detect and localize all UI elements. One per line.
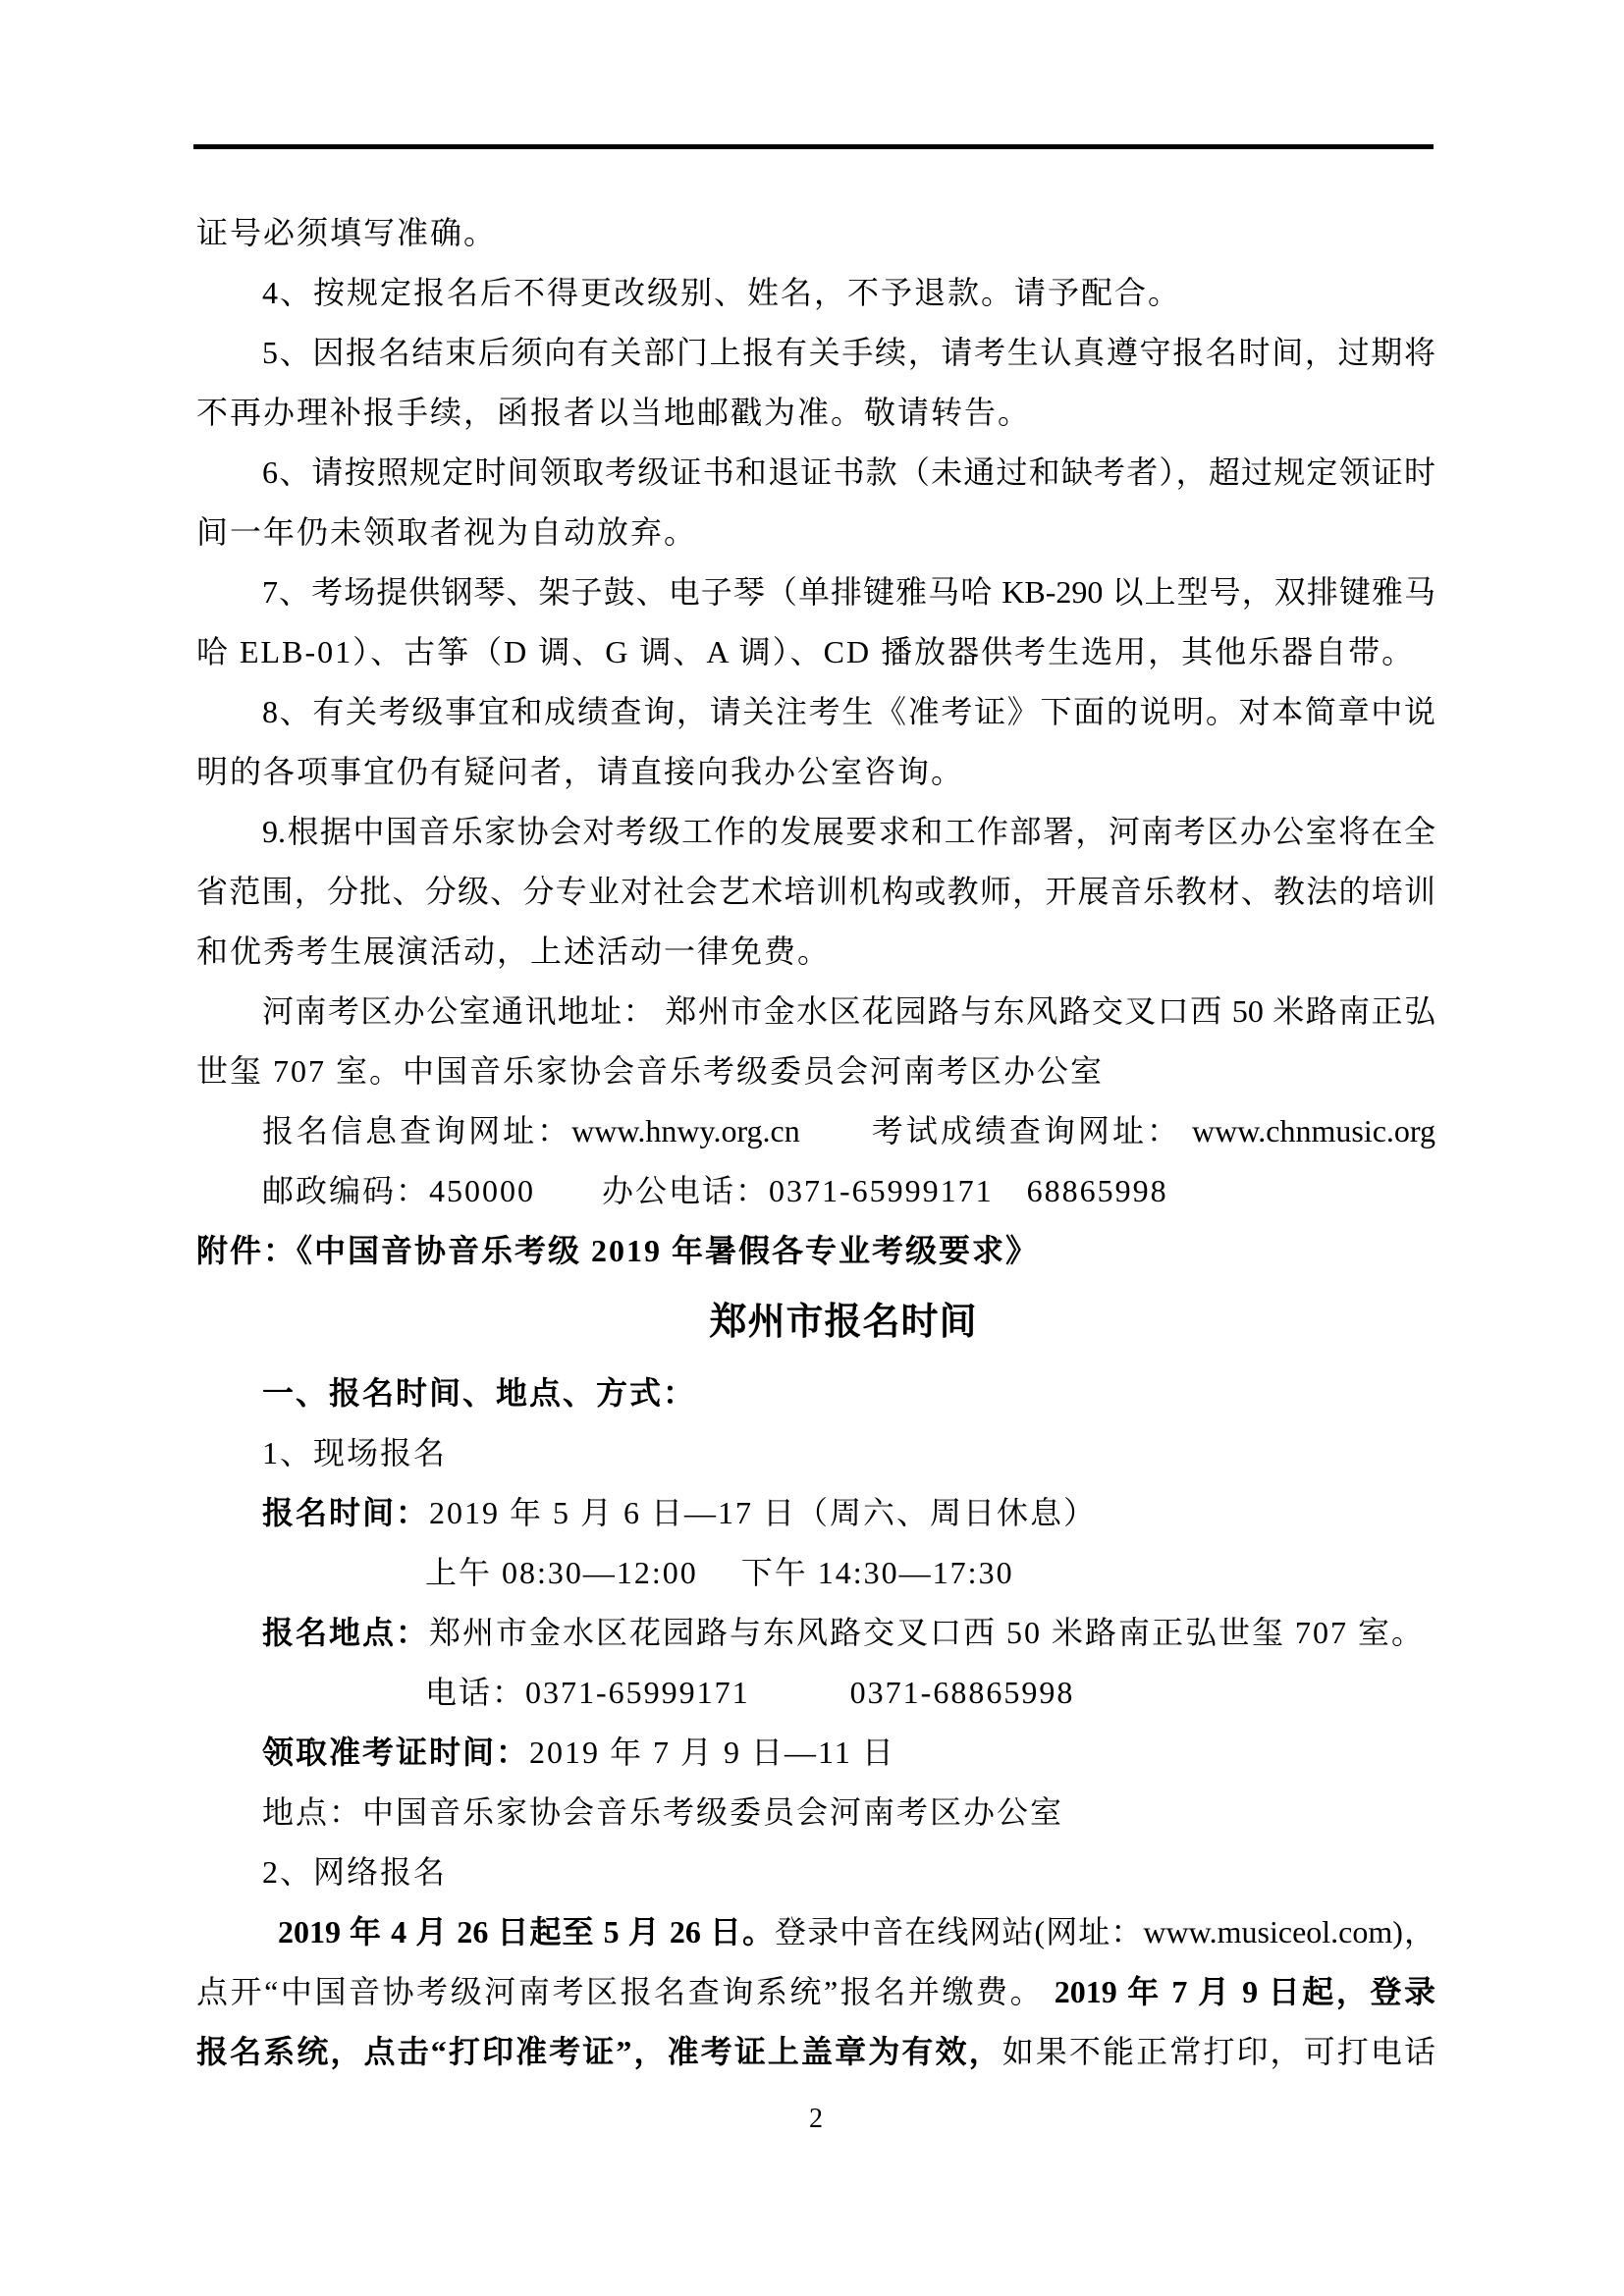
page-number: 2 bbox=[196, 2099, 1435, 2140]
header-rule bbox=[193, 144, 1434, 149]
text-segment: 1、现场报名 bbox=[262, 1435, 447, 1470]
text-segment: 登录中音在线网站(网址：www.musiceol.com)， bbox=[775, 1914, 1435, 1949]
text-line-13: 和优秀考生展演活动，上述活动一律免费。 bbox=[196, 922, 1435, 982]
bold-text-segment: 报名时间： bbox=[262, 1495, 429, 1530]
text-line-21: 1、现场报名 bbox=[196, 1423, 1435, 1483]
text-line-27: 地点：中国音乐家协会音乐考级委员会河南考区办公室 bbox=[196, 1783, 1435, 1842]
text-line-12: 省范围，分批、分级、分专业对社会艺术培训机构或教师，开展音乐教材、教法的培训 bbox=[196, 862, 1435, 922]
text-segment: 报名信息查询网址：www.hnwy.org.cn 考试成绩查询网址： www.c… bbox=[262, 1113, 1435, 1148]
text-line-20: 一、报名时间、地点、方式： bbox=[196, 1363, 1435, 1423]
bold-text-segment: 附件：《中国音协音乐考级 2019 年暑假各专业考级要求》 bbox=[196, 1233, 1039, 1268]
bold-text-segment: 一、报名时间、地点、方式： bbox=[262, 1375, 696, 1411]
text-segment: 2、网络报名 bbox=[262, 1854, 447, 1890]
document-page: 证号必须填写准确。4、按规定报名后不得更改级别、姓名，不予退款。请予配合。5、因… bbox=[0, 0, 1624, 2296]
bold-text-segment: 2019 年 4 月 26 日起至 5 月 26 日。 bbox=[278, 1914, 775, 1949]
text-line-6: 间一年仍未领取者视为自动放弃。 bbox=[196, 503, 1435, 562]
section-heading: 郑州市报名时间 bbox=[196, 1281, 1435, 1363]
text-segment: 5、因报名结束后须向有关部门上报有关手续，请考生认真遵守报名时间，过期将 bbox=[262, 335, 1435, 370]
text-segment: 4、按规定报名后不得更改级别、姓名，不予退款。请予配合。 bbox=[262, 275, 1181, 310]
text-segment: 郑州市金水区花园路与东风路交叉口西 50 米路南正弘世玺 707 室。 bbox=[429, 1615, 1425, 1650]
text-line-26: 领取准考证时间：2019 年 7 月 9 日—11 日 bbox=[196, 1723, 1435, 1783]
text-line-10: 明的各项事宜仍有疑问者，请直接向我办公室咨询。 bbox=[196, 742, 1435, 802]
text-line-4: 不再办理补报手续，函报者以当地邮戳为准。敬请转告。 bbox=[196, 383, 1435, 443]
text-line-24: 报名地点：郑州市金水区花园路与东风路交叉口西 50 米路南正弘世玺 707 室。 bbox=[196, 1603, 1435, 1663]
text-segment: 哈 ELB-01）、古筝（D 调、G 调、A 调）、CD 播放器供考生选用，其他… bbox=[196, 634, 1415, 669]
text-line-30: 点开“中国音协考级河南考区报名查询系统”报名并缴费。 2019 年 7 月 9 … bbox=[196, 1962, 1435, 2022]
text-segment: 8、有关考级事宜和成绩查询，请关注考生《准考证》下面的说明。对本简章中说 bbox=[262, 694, 1435, 729]
bold-text-segment: 2019 年 7 月 9 日起，登录 bbox=[1055, 1974, 1435, 2009]
text-segment: 邮政编码：450000 办公电话：0371-65999171 68865998 bbox=[262, 1173, 1168, 1208]
document-body: 证号必须填写准确。4、按规定报名后不得更改级别、姓名，不予退款。请予配合。5、因… bbox=[196, 203, 1435, 2082]
text-segment: 世玺 707 室。中国音乐家协会音乐考级委员会河南考区办公室 bbox=[196, 1053, 1104, 1089]
text-segment: 6、请按照规定时间领取考级证书和退证书款（未通过和缺考者），超过规定领证时 bbox=[262, 454, 1435, 490]
text-line-1: 证号必须填写准确。 bbox=[196, 203, 1435, 263]
bold-text-segment: 郑州市报名时间 bbox=[709, 1302, 977, 1343]
text-segment: 2019 年 7 月 9 日—11 日 bbox=[529, 1735, 895, 1770]
text-line-17: 邮政编码：450000 办公电话：0371-65999171 68865998 bbox=[196, 1161, 1435, 1221]
text-line-22: 报名时间：2019 年 5 月 6 日—17 日（周六、周日休息） bbox=[196, 1483, 1435, 1543]
text-line-3: 5、因报名结束后须向有关部门上报有关手续，请考生认真遵守报名时间，过期将 bbox=[196, 323, 1435, 383]
text-line-8: 哈 ELB-01）、古筝（D 调、G 调、A 调）、CD 播放器供考生选用，其他… bbox=[196, 622, 1435, 682]
text-line-16: 报名信息查询网址：www.hnwy.org.cn 考试成绩查询网址： www.c… bbox=[196, 1101, 1435, 1161]
text-line-18: 附件：《中国音协音乐考级 2019 年暑假各专业考级要求》 bbox=[196, 1221, 1435, 1281]
text-line-25: 电话：0371-65999171 0371-68865998 bbox=[196, 1663, 1435, 1723]
text-segment: 点开“中国音协考级河南考区报名查询系统”报名并缴费。 bbox=[196, 1974, 1055, 2009]
text-line-5: 6、请按照规定时间领取考级证书和退证书款（未通过和缺考者），超过规定领证时 bbox=[196, 443, 1435, 503]
text-line-31: 报名系统，点击“打印准考证”，准考证上盖章为有效，如果不能正常打印，可打电话 bbox=[196, 2022, 1435, 2082]
bold-text-segment: 报名系统，点击“打印准考证”，准考证上盖章为有效， bbox=[196, 2034, 1002, 2069]
bold-text-segment: 报名地点： bbox=[262, 1615, 429, 1650]
text-segment: 不再办理补报手续，函报者以当地邮戳为准。敬请转告。 bbox=[196, 395, 1031, 430]
text-line-9: 8、有关考级事宜和成绩查询，请关注考生《准考证》下面的说明。对本简章中说 bbox=[196, 682, 1435, 742]
text-line-28: 2、网络报名 bbox=[196, 1842, 1435, 1902]
text-line-14: 河南考区办公室通讯地址： 郑州市金水区花园路与东风路交叉口西 50 米路南正弘 bbox=[196, 982, 1435, 1041]
text-segment: 证号必须填写准确。 bbox=[196, 215, 497, 250]
text-segment: 上午 08:30—12:00 下午 14:30—17:30 bbox=[425, 1555, 1014, 1590]
text-segment: 9.根据中国音乐家协会对考级工作的发展要求和工作部署，河南考区办公室将在全 bbox=[262, 814, 1435, 849]
text-segment: 明的各项事宜仍有疑问者，请直接向我办公室咨询。 bbox=[196, 754, 964, 789]
text-line-2: 4、按规定报名后不得更改级别、姓名，不予退款。请予配合。 bbox=[196, 263, 1435, 323]
text-segment: 电话：0371-65999171 0371-68865998 bbox=[425, 1675, 1074, 1710]
text-line-15: 世玺 707 室。中国音乐家协会音乐考级委员会河南考区办公室 bbox=[196, 1041, 1435, 1101]
text-segment: 和优秀考生展演活动，上述活动一律免费。 bbox=[196, 934, 831, 969]
text-segment: 间一年仍未领取者视为自动放弃。 bbox=[196, 514, 697, 550]
text-line-7: 7、考场提供钢琴、架子鼓、电子琴（单排键雅马哈 KB-290 以上型号，双排键雅… bbox=[196, 562, 1435, 622]
text-segment: 省范围，分批、分级、分专业对社会艺术培训机构或教师，开展音乐教材、教法的培训 bbox=[196, 874, 1435, 909]
bold-text-segment: 领取准考证时间： bbox=[262, 1735, 529, 1770]
text-line-29: 2019 年 4 月 26 日起至 5 月 26 日。登录中音在线网站(网址：w… bbox=[196, 1902, 1435, 1962]
text-segment: 2019 年 5 月 6 日—17 日（周六、周日休息） bbox=[429, 1495, 1097, 1530]
text-segment: 7、考场提供钢琴、架子鼓、电子琴（单排键雅马哈 KB-290 以上型号，双排键雅… bbox=[262, 574, 1435, 610]
text-line-11: 9.根据中国音乐家协会对考级工作的发展要求和工作部署，河南考区办公室将在全 bbox=[196, 802, 1435, 862]
text-segment: 如果不能正常打印，可打电话 bbox=[1002, 2034, 1435, 2069]
text-line-23: 上午 08:30—12:00 下午 14:30—17:30 bbox=[196, 1543, 1435, 1603]
text-segment: 河南考区办公室通讯地址： 郑州市金水区花园路与东风路交叉口西 50 米路南正弘 bbox=[262, 993, 1435, 1029]
text-segment: 地点：中国音乐家协会音乐考级委员会河南考区办公室 bbox=[262, 1794, 1063, 1830]
